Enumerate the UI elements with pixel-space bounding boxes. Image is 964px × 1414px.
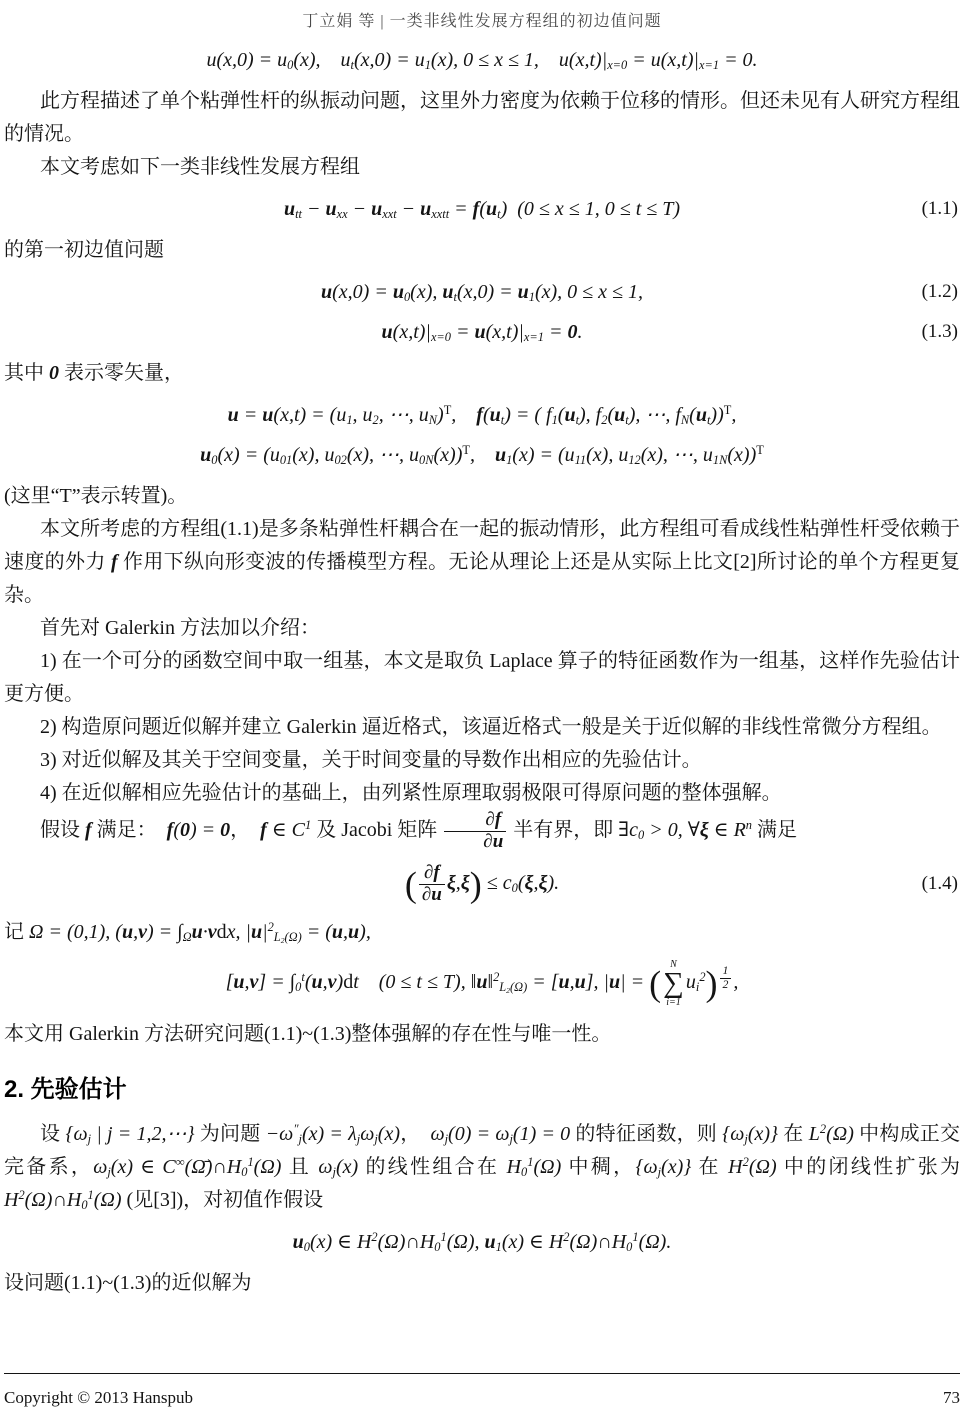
footer-page-number: 73 bbox=[943, 1388, 960, 1408]
paragraph-zero-vector: 其中 0 表示零矢量， bbox=[4, 357, 960, 390]
display-equation-initial: u(x,0) = u0(x), ut(x,0) = u1(x), 0 ≤ x ≤… bbox=[4, 45, 960, 75]
paragraph-consider: 本文考虑如下一类非线性发展方程组 bbox=[4, 151, 960, 184]
section-heading-2: 2. 先验估计 bbox=[4, 1069, 960, 1104]
equation-number-1-3: (1.3) bbox=[922, 318, 958, 347]
running-header: 丁立娟 等 | 一类非线性发展方程组的初边值问题 bbox=[4, 8, 960, 31]
list-item-4: 4) 在近似解相应先验估计的基础上，由列紧性原理取弱极限可得原问题的整体强解。 bbox=[4, 777, 960, 810]
footer-copyright: Copyright © 2013 Hanspub bbox=[4, 1388, 193, 1408]
paragraph-notation: 记 Ω = (0,1), (u,v) = ∫Ωu·vdx, |u|2L2(Ω) … bbox=[4, 916, 960, 949]
paragraph-study-goal: 本文用 Galerkin 方法研究问题(1.1)~(1.3)整体强解的存在性与唯… bbox=[4, 1018, 960, 1051]
equation-1-2: u(x,0) = u0(x), ut(x,0) = u1(x), 0 ≤ x ≤… bbox=[321, 281, 643, 303]
display-equation-1-2: u(x,0) = u0(x), ut(x,0) = u1(x), 0 ≤ x ≤… bbox=[4, 277, 960, 307]
page-footer: Copyright © 2013 Hanspub 73 bbox=[4, 1373, 960, 1414]
equation-u-definition: u = u(x,t) = (u1, u2, ⋯, uN)T, f(ut) = (… bbox=[228, 404, 737, 426]
equation-number-1-4: (1.4) bbox=[922, 870, 958, 899]
paragraph-approximate-solution: 设问题(1.1)~(1.3)的近似解为 bbox=[4, 1267, 960, 1300]
equation-number-1-2: (1.2) bbox=[922, 278, 958, 307]
display-equation-1-3: u(x,t)|x=0 = u(x,t)|x=1 = 0. (1.3) bbox=[4, 317, 960, 347]
equation-1-3: u(x,t)|x=0 = u(x,t)|x=1 = 0. bbox=[382, 321, 583, 343]
equation-1-1: utt − uxx − uxxt − uxxtt = f(ut) (0 ≤ x … bbox=[284, 198, 680, 220]
list-item-3: 3) 对近似解及其关于空间变量，关于时间变量的导数作出相应的先验估计。 bbox=[4, 744, 960, 777]
equation-u0-definition: u0(x) = (u01(x), u02(x), ⋯, u0N(x))T, u1… bbox=[200, 444, 764, 466]
display-equation-1-1: utt − uxx − uxxt − uxxtt = f(ut) (0 ≤ x … bbox=[4, 194, 960, 224]
paragraph-rod-description: 此方程描述了单个粘弹性杆的纵振动问题，这里外力密度为依赖于位移的情形。但还未见有… bbox=[4, 85, 960, 151]
list-item-1: 1) 在一个可分的函数空间中取一组基，本文是取负 Laplace 算子的特征函数… bbox=[4, 645, 960, 711]
paragraph-coupled-rods: 本文所考虑的方程组(1.1)是多条粘弹性杆耦合在一起的振动情形，此方程组可看成线… bbox=[4, 513, 960, 612]
paragraph-transpose-note: (这里“T”表示转置)。 bbox=[4, 480, 960, 513]
paragraph-galerkin-intro: 首先对 Galerkin 方法加以介绍： bbox=[4, 612, 960, 645]
equation-initial-value-spaces: u0(x) ∈ H2(Ω)∩H01(Ω), u1(x) ∈ H2(Ω)∩H01(… bbox=[293, 1231, 672, 1253]
display-equation-initial-values: u0(x) ∈ H2(Ω)∩H01(Ω), u1(x) ∈ H2(Ω)∩H01(… bbox=[4, 1227, 960, 1257]
equation-1-4: (∂f∂uξ,ξ) ≤ c0(ξ,ξ). bbox=[405, 872, 559, 894]
list-item-2: 2) 构造原问题近似解并建立 Galerkin 逼近格式，该逼近格式一般是关于近… bbox=[4, 711, 960, 744]
paragraph-assumption: 假设 f 满足： f(0) = 0， f ∈ C1 及 Jacobi 矩阵 ∂f… bbox=[4, 810, 960, 853]
display-equation-u0-def: u0(x) = (u01(x), u02(x), ⋯, u0N(x))T, u1… bbox=[4, 440, 960, 470]
equation-number-1-1: (1.1) bbox=[922, 195, 958, 224]
display-equation-norms: [u,v] = ∫0t(u,v)dt (0 ≤ t ≤ T), ‖u‖2L2(Ω… bbox=[4, 959, 960, 1009]
display-equation-u-def: u = u(x,t) = (u1, u2, ⋯, uN)T, f(ut) = (… bbox=[4, 400, 960, 430]
equation-norms: [u,v] = ∫0t(u,v)dt (0 ≤ t ≤ T), ‖u‖2L2(Ω… bbox=[226, 971, 739, 993]
display-equation-1-4: (∂f∂uξ,ξ) ≤ c0(ξ,ξ). (1.4) bbox=[4, 863, 960, 906]
paragraph-eigenfunctions: 设 {ωj | j = 1,2,⋯} 为问题 −ω″j(x) = λjωj(x)… bbox=[4, 1118, 960, 1217]
paragraph-first-ibvp: 的第一初边值问题 bbox=[4, 234, 960, 267]
paper-page: 丁立娟 等 | 一类非线性发展方程组的初边值问题 u(x,0) = u0(x),… bbox=[0, 0, 964, 1414]
equation-initial-conditions: u(x,0) = u0(x), ut(x,0) = u1(x), 0 ≤ x ≤… bbox=[206, 49, 757, 71]
